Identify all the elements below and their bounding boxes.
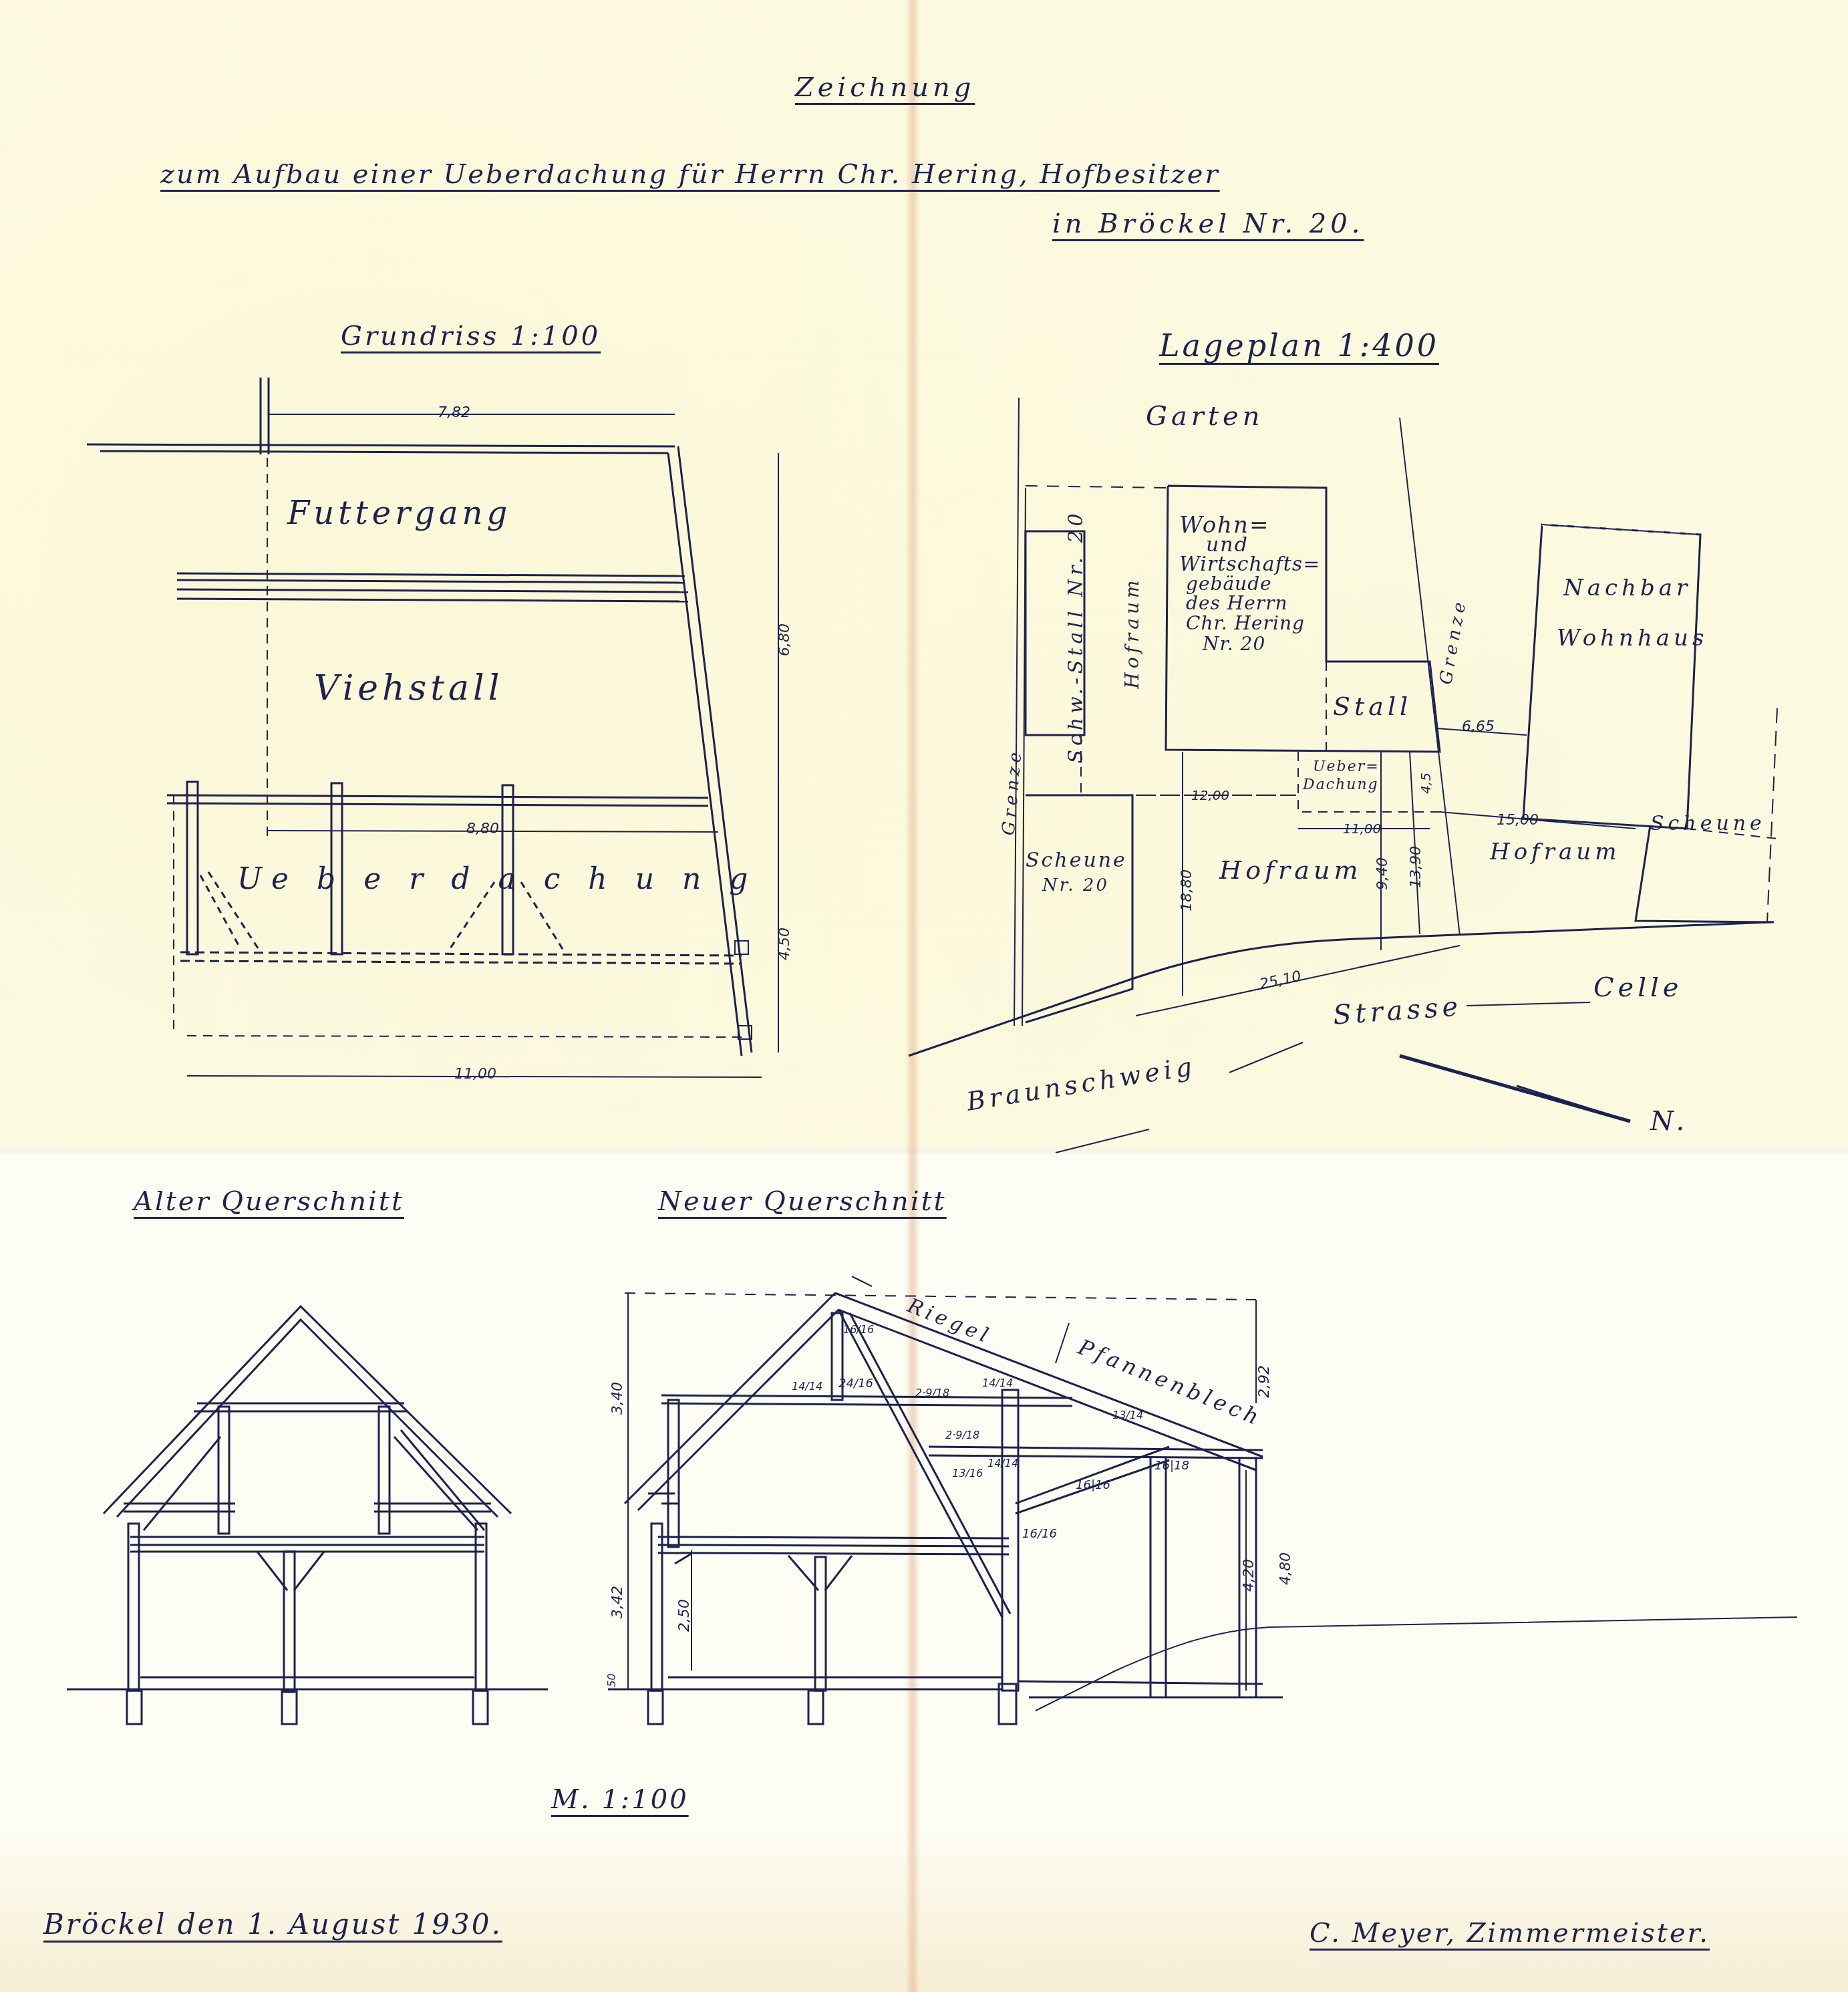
dim-3-40: 3,40 (609, 1382, 626, 1415)
member-24-16: 24/16 (838, 1377, 873, 1391)
dim-2-92: 2,92 (1256, 1365, 1273, 1398)
member-13-14: 13/14 (1112, 1409, 1143, 1421)
dim-4-80: 4,80 (1277, 1552, 1294, 1585)
dim-2-50: 2,50 (676, 1599, 693, 1632)
new-cross-section-drawing (0, 0, 1848, 1992)
member-14-14-b: 14/14 (982, 1377, 1013, 1389)
dim-4-20: 4,20 (1241, 1559, 1257, 1592)
dim-50: 50 (605, 1673, 618, 1687)
member-14-14-a: 14/14 (792, 1380, 822, 1393)
member-16-16-post: 16/16 (1022, 1527, 1057, 1541)
section-scale: M. 1:100 (551, 1784, 689, 1815)
member-16-16-top: 16/16 (843, 1323, 874, 1336)
dim-3-42: 3,42 (609, 1586, 626, 1618)
member-14-14-c: 14/14 (987, 1457, 1018, 1469)
member-16-18: 16|18 (1154, 1459, 1189, 1473)
member-2x9-18-a: 2·9/18 (915, 1387, 949, 1399)
member-13-16: 13/16 (952, 1467, 983, 1479)
signature: C. Meyer, Zimmermeister. (1310, 1918, 1710, 1949)
member-16-16-strut: 16|16 (1076, 1478, 1110, 1492)
member-2x9-18-b: 2·9/18 (945, 1429, 979, 1441)
place-date: Bröckel den 1. August 1930. (43, 1908, 502, 1941)
